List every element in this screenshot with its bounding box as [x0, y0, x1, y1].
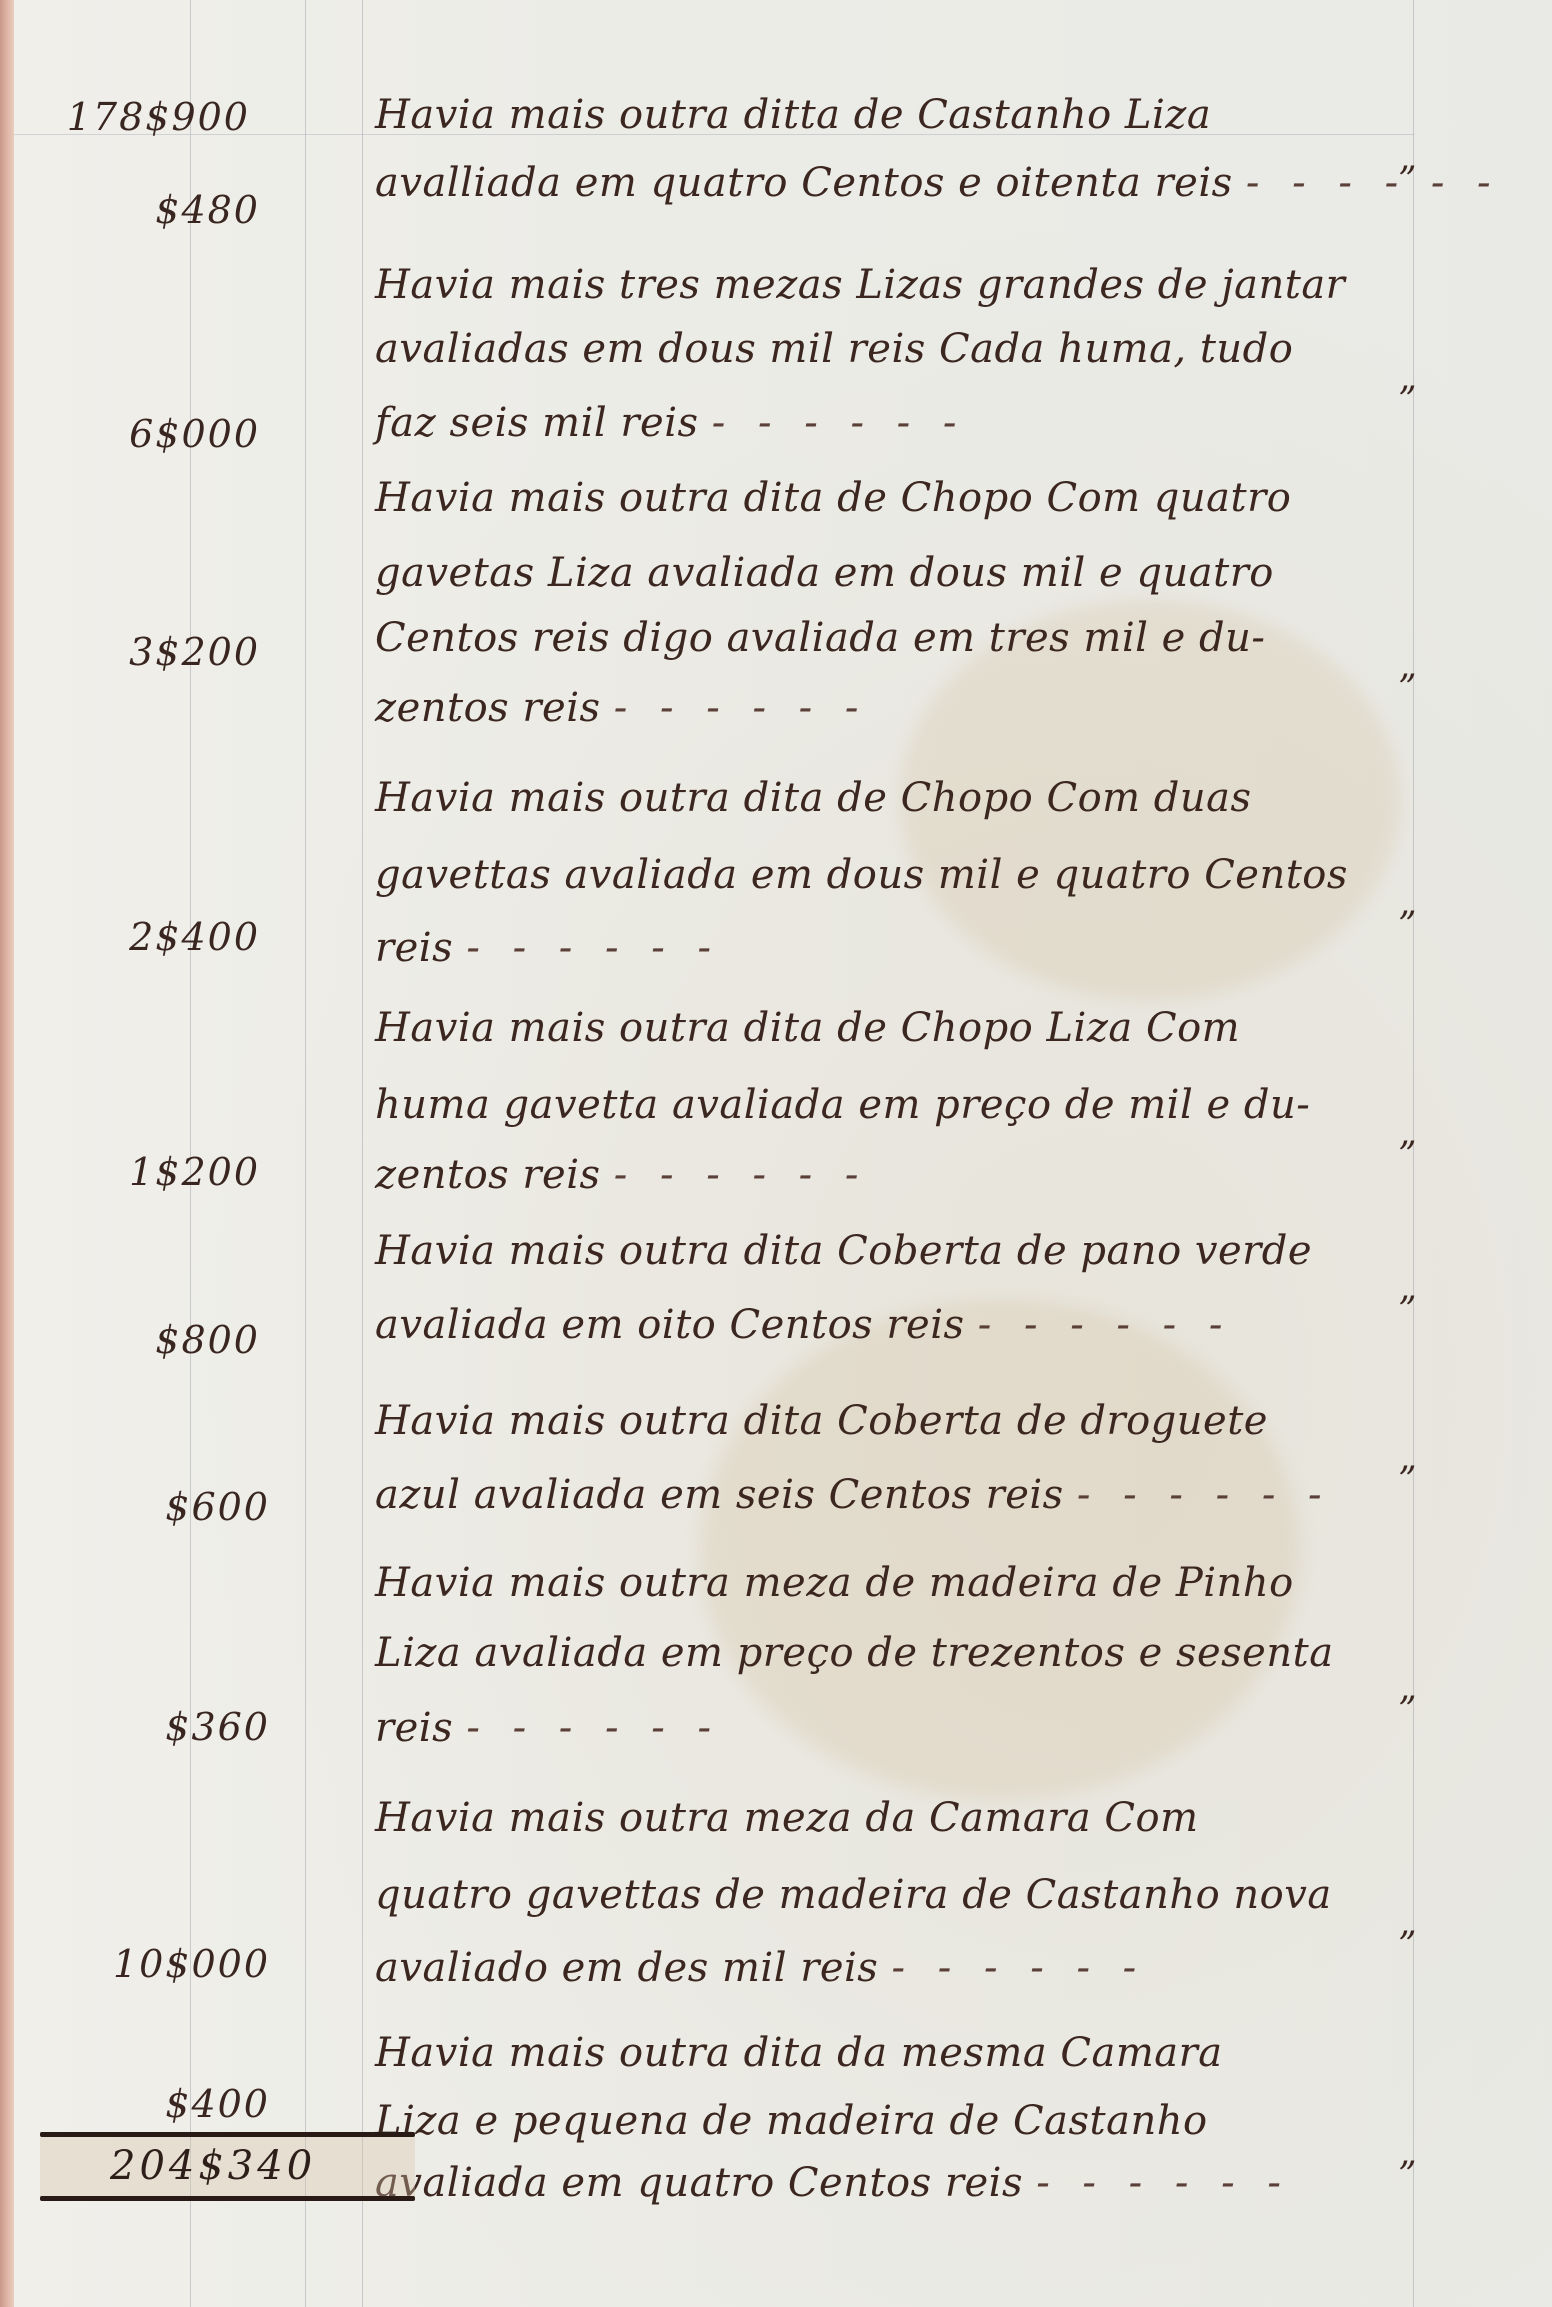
total-bottom-rule: [40, 2196, 415, 2201]
entry-6-amount: $800: [0, 1318, 260, 1362]
entry-3-amount: 3$200: [0, 630, 260, 674]
entry-6-line-2: avaliada em oito Centos reis - - - - - -: [375, 1302, 1232, 1348]
fill-dashes: - - - - - -: [466, 925, 721, 971]
ditto-mark: ”: [1398, 1690, 1416, 1731]
ditto-mark: ”: [1398, 668, 1416, 709]
entry-4-line-3-text: reis: [375, 925, 453, 971]
entry-5-amount: 1$200: [0, 1150, 260, 1194]
paper-stain: [700, 1300, 1300, 1800]
entry-9-line-1: Havia mais outra meza da Camara Com: [375, 1795, 1199, 1841]
ditto-mark: ”: [1398, 1925, 1416, 1966]
entry-9-amount: 10$000: [0, 1942, 270, 1986]
entry-10-line-3: avaliada em quatro Centos reis - - - - -…: [375, 2160, 1291, 2206]
entry-4-amount: 2$400: [0, 915, 260, 959]
fill-dashes: - - - - - -: [1036, 2160, 1291, 2206]
ditto-mark: ”: [1398, 1135, 1416, 1176]
entry-2-line-1: Havia mais tres mezas Lizas grandes de j…: [375, 262, 1345, 308]
ditto-mark: ”: [1398, 160, 1416, 201]
entry-5-line-2: huma gavetta avaliada em preço de mil e …: [375, 1082, 1310, 1128]
entry-5-line-1: Havia mais outra dita de Chopo Liza Com: [375, 1005, 1240, 1051]
entry-6-line-2-text: avaliada em oito Centos reis: [375, 1302, 965, 1348]
entry-2-amount: 6$000: [0, 412, 260, 456]
entry-4-line-3: reis - - - - - -: [375, 925, 721, 971]
entry-9-line-3: avaliado em des mil reis - - - - - -: [375, 1945, 1146, 1991]
fill-dashes: - - - - - -: [466, 1705, 721, 1751]
ledger-page: 178$900 Havia mais outra ditta de Castan…: [0, 0, 1552, 2307]
fill-dashes: - - - - - -: [892, 1945, 1147, 1991]
ditto-mark: ”: [1398, 1290, 1416, 1331]
fill-dashes: - - - - - -: [712, 400, 967, 446]
entry-8-line-2: Liza avaliada em preço de trezentos e se…: [375, 1630, 1334, 1676]
entry-1-line-1: Havia mais outra ditta de Castanho Liza: [375, 92, 1211, 138]
fill-dashes: - - - - - -: [978, 1302, 1233, 1348]
entry-2-line-2: avaliadas em dous mil reis Cada huma, tu…: [375, 326, 1293, 372]
entry-2-line-3: faz seis mil reis - - - - - -: [375, 400, 966, 446]
entry-3-line-3: Centos reis digo avaliada em tres mil e …: [375, 615, 1265, 661]
entry-3-line-4-text: zentos reis: [375, 685, 601, 731]
entry-7-amount: $600: [0, 1485, 270, 1529]
entry-3-line-1: Havia mais outra dita de Chopo Com quatr…: [375, 475, 1291, 521]
text-column-divider: [362, 0, 363, 2307]
ditto-mark: ”: [1398, 380, 1416, 421]
entry-4-line-1: Havia mais outra dita de Chopo Com duas: [375, 775, 1252, 821]
ditto-mark: ”: [1398, 905, 1416, 946]
fill-dashes: - - - - - -: [614, 1152, 869, 1198]
entry-9-line-2: quatro gavettas de madeira de Castanho n…: [375, 1872, 1332, 1918]
entry-10-line-1: Havia mais outra dita da mesma Camara: [375, 2030, 1223, 2076]
fill-dashes: - - - - - -: [614, 685, 869, 731]
entry-10-amount: $400: [0, 2082, 270, 2126]
total-top-rule: [40, 2132, 415, 2137]
entry-5-line-3: zentos reis - - - - - -: [375, 1152, 868, 1198]
entry-7-line-2: azul avaliada em seis Centos reis - - - …: [375, 1472, 1332, 1518]
entry-10-line-3-text: avaliada em quatro Centos reis: [375, 2160, 1023, 2206]
entry-4-line-2: gavettas avaliada em dous mil e quatro C…: [375, 852, 1348, 898]
fill-dashes: - - - - - -: [1077, 1472, 1332, 1518]
carried-forward-amount: 178$900: [0, 95, 250, 139]
entry-3-line-4: zentos reis - - - - - -: [375, 685, 868, 731]
entry-8-line-3: reis - - - - - -: [375, 1705, 721, 1751]
ditto-mark: ”: [1398, 1460, 1416, 1501]
entry-8-amount: $360: [0, 1705, 270, 1749]
entry-8-line-3-text: reis: [375, 1705, 453, 1751]
entry-9-line-3-text: avaliado em des mil reis: [375, 1945, 878, 1991]
entry-2-line-3-text: faz seis mil reis: [375, 400, 699, 446]
entry-7-line-2-text: azul avaliada em seis Centos reis: [375, 1472, 1064, 1518]
page-total: 204$340: [110, 2143, 316, 2189]
entry-10-line-2: Liza e pequena de madeira de Castanho: [375, 2098, 1208, 2144]
entry-1-line-2-text: avalliada em quatro Centos e oitenta rei…: [375, 160, 1233, 206]
entry-1-line-2: avalliada em quatro Centos e oitenta rei…: [375, 160, 1501, 206]
ditto-mark: ”: [1398, 2155, 1416, 2196]
entry-5-line-3-text: zentos reis: [375, 1152, 601, 1198]
entry-3-line-2: gavetas Liza avaliada em dous mil e quat…: [375, 550, 1274, 596]
entry-1-amount: $480: [0, 188, 260, 232]
entry-6-line-1: Havia mais outra dita Coberta de pano ve…: [375, 1228, 1312, 1274]
entry-7-line-1: Havia mais outra dita Coberta de droguet…: [375, 1398, 1268, 1444]
fill-dashes: - - - - - -: [1246, 160, 1501, 206]
entry-8-line-1: Havia mais outra meza de madeira de Pinh…: [375, 1560, 1294, 1606]
amount-column-rule: [305, 0, 306, 2307]
